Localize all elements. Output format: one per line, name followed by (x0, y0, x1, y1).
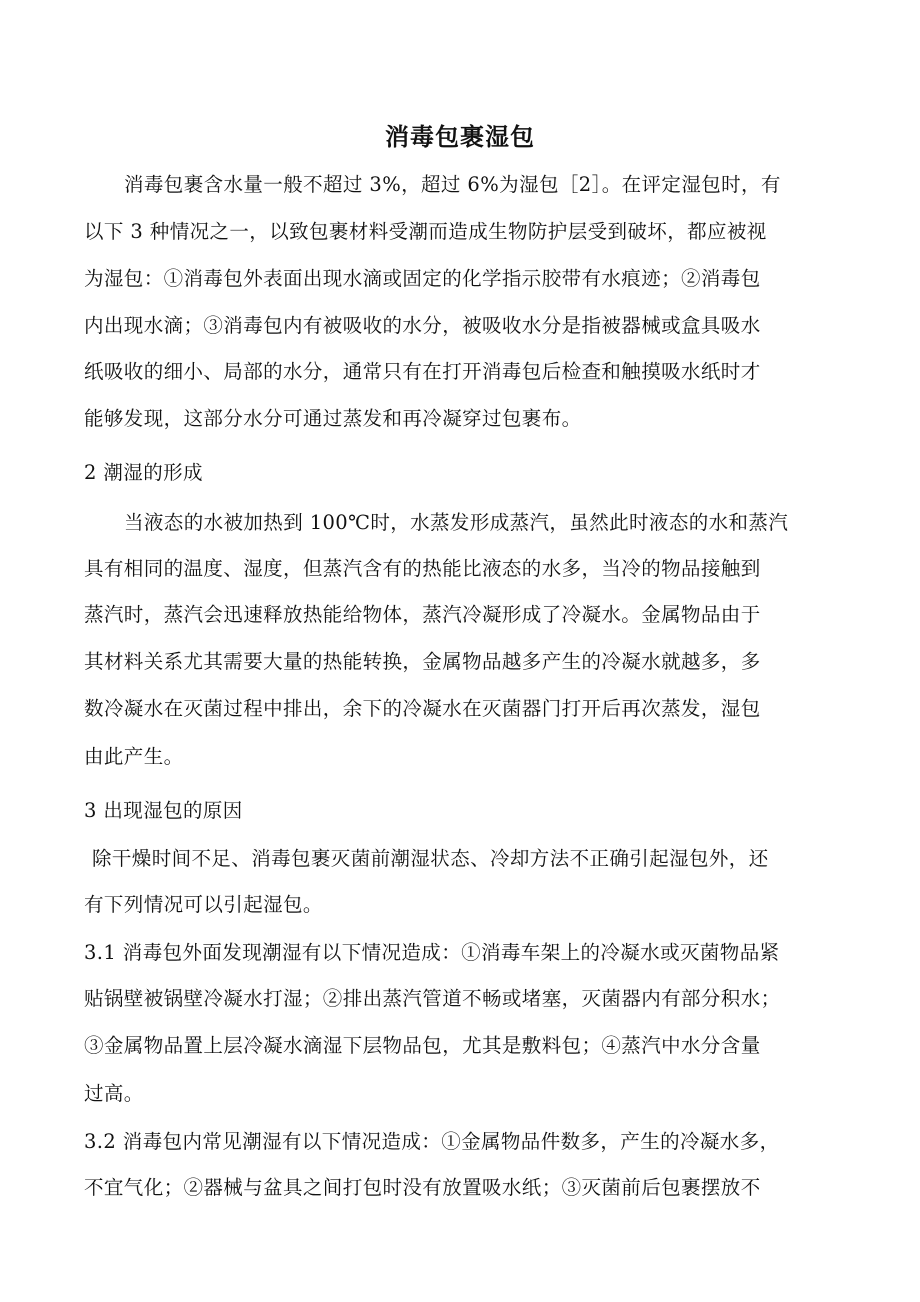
text-line: 2 潮湿的形成 (84, 458, 844, 488)
text-line: 蒸汽时，蒸汽会迅速释放热能给物体，蒸汽冷凝形成了冷凝水。金属物品由于 (84, 600, 844, 630)
text-line: 内出现水滴；③消毒包内有被吸收的水分，被吸收水分是指被器械或盒具吸水 (84, 311, 844, 341)
text-line: 过高。 (84, 1079, 844, 1109)
text-line: 3 出现湿包的原因 (84, 796, 844, 826)
text-line: 除干燥时间不足、消毒包裹灭菌前潮湿状态、冷却方法不正确引起湿包外，还 (92, 844, 852, 874)
text-line: 具有相同的温度、湿度，但蒸汽含有的热能比液态的水多，当冷的物品接触到 (84, 554, 844, 584)
text-line: 3.1 消毒包外面发现潮湿有以下情况造成：①消毒车架上的冷凝水或灭菌物品紧 (84, 938, 844, 968)
text-line: 为湿包：①消毒包外表面出现水滴或固定的化学指示胶带有水痕迹；②消毒包 (84, 264, 844, 294)
text-line: ③金属物品置上层冷凝水滴湿下层物品包，尤其是敷料包；④蒸汽中水分含量 (84, 1031, 844, 1061)
text-line: 有下列情况可以引起湿包。 (84, 890, 844, 920)
text-line: 贴锅壁被锅壁冷凝水打湿；②排出蒸汽管道不畅或堵塞，灭菌器内有部分积水； (84, 984, 844, 1014)
text-line: 当液态的水被加热到 100℃时，水蒸发形成蒸汽，虽然此时液态的水和蒸汽 (124, 508, 884, 538)
text-line: 能够发现，这部分水分可通过蒸发和再冷凝穿过包裹布。 (84, 404, 844, 434)
text-line: 以下 3 种情况之一，以致包裹材料受潮而造成生物防护层受到破坏，都应被视 (84, 217, 844, 247)
text-line: 由此产生。 (84, 742, 844, 772)
text-line: 消毒包裹含水量一般不超过 3%，超过 6%为湿包［2］。在评定湿包时，有 (124, 170, 884, 200)
text-line: 纸吸收的细小、局部的水分，通常只有在打开消毒包后检查和触摸吸水纸时才 (84, 357, 844, 387)
document-page: 消毒包裹湿包 消毒包裹含水量一般不超过 3%，超过 6%为湿包［2］。在评定湿包… (0, 0, 920, 1302)
document-title: 消毒包裹湿包 (0, 120, 920, 154)
text-line: 不宜气化；②器械与盆具之间打包时没有放置吸水纸；③灭菌前后包裹摆放不 (84, 1173, 844, 1203)
text-line: 数冷凝水在灭菌过程中排出，余下的冷凝水在灭菌器门打开后再次蒸发，湿包 (84, 694, 844, 724)
text-line: 其材料关系尤其需要大量的热能转换，金属物品越多产生的冷凝水就越多，多 (84, 647, 844, 677)
text-line: 3.2 消毒包内常见潮湿有以下情况造成：①金属物品件数多，产生的冷凝水多， (84, 1127, 844, 1157)
